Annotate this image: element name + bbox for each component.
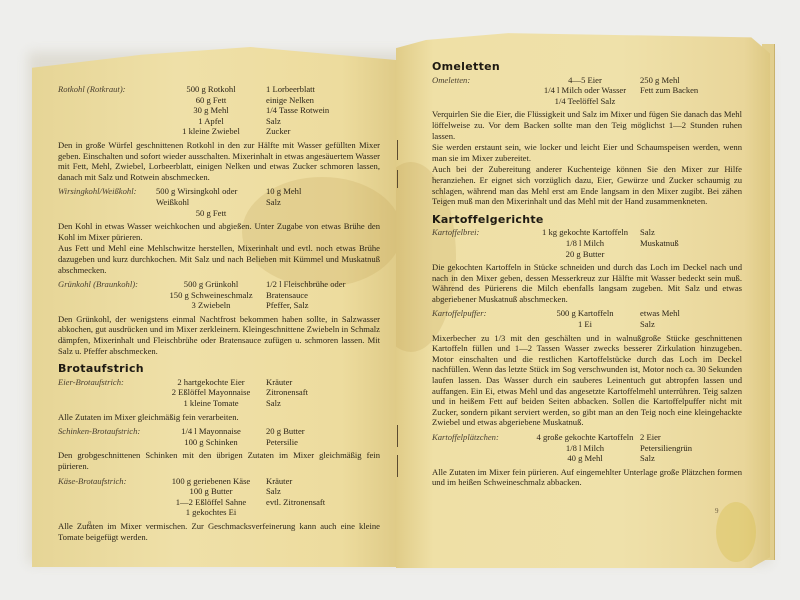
ingredients-column-2: KräuterSalzevtl. Zitronensaft — [266, 476, 380, 518]
instruction-paragraph: Alle Zutaten im Mixer gleichmäßig fein v… — [58, 412, 380, 423]
ingredient-list: Kartoffelplätzchen:4 große gekochte Kart… — [432, 432, 742, 464]
ingredient: Salz — [640, 227, 742, 238]
recipe-name: Eier-Brotaufstrich: — [58, 377, 156, 409]
instruction-paragraph: Aus Fett und Mehl eine Mehlschwitze hers… — [58, 243, 380, 275]
ingredient: Pfeffer, Salz — [266, 300, 380, 311]
ingredients-column-1: 1/4 l Mayonnaise100 g Schinken — [156, 426, 266, 447]
ingredient: 1/4 Teelöffel Salz — [555, 96, 616, 107]
instruction-paragraph: Sie werden erstaunt sein, wie locker und… — [432, 142, 742, 163]
ingredient: 10 g Mehl — [266, 186, 380, 197]
recipe: Grünkohl (Braunkohl):500 g Grünkohl150 g… — [58, 279, 380, 356]
ingredients-column-2: etwas MehlSalz — [640, 308, 742, 329]
ingredient: Fett zum Backen — [640, 85, 742, 96]
ingredient: 40 g Mehl — [567, 453, 602, 464]
ingredient: Salz — [266, 116, 380, 127]
ingredient: 60 g Fett — [196, 95, 227, 106]
ingredient: 100 g geriebenen Käse — [172, 476, 251, 487]
ingredient: Kräuter — [266, 377, 380, 388]
instruction-paragraph: Den Grünkohl, der wenigstens einmal Nach… — [58, 314, 380, 356]
recipe-instructions: Alle Zutaten im Mixer vermischen. Zur Ge… — [58, 521, 380, 542]
ingredient: 100 g Butter — [190, 486, 233, 497]
recipe-name: Omeletten: — [432, 75, 530, 107]
recipe-name: Kartoffelplätzchen: — [432, 432, 530, 464]
ingredient: 1 Lorbeerblatt — [266, 84, 380, 95]
ingredients-column-1: 4 große gekochte Kartoffeln1/8 l Milch40… — [530, 432, 640, 464]
recipe: Rotkohl (Rotkraut):500 g Rotkohl60 g Fet… — [58, 84, 380, 182]
ingredient: 50 g Fett — [196, 208, 227, 219]
ingredient-list: Käse-Brotaufstrich:100 g geriebenen Käse… — [58, 476, 380, 518]
section-heading: Kartoffelgerichte — [432, 215, 742, 226]
ingredients-column-1: 500 g Wirsingkohl oder Weißkohl50 g Fett — [156, 186, 266, 218]
recipe: Käse-Brotaufstrich:100 g geriebenen Käse… — [58, 476, 380, 543]
ingredient: 1—2 Eßlöffel Sahne — [176, 497, 247, 508]
ingredients-column-1: 100 g geriebenen Käse100 g Butter1—2 Eßl… — [156, 476, 266, 518]
recipe: Omeletten:4—5 Eier1/4 l Milch oder Wasse… — [432, 75, 742, 207]
instruction-paragraph: Alle Zutaten im Mixer vermischen. Zur Ge… — [58, 521, 380, 542]
ingredient: 500 g Grünkohl — [184, 279, 238, 290]
ingredient: Bratensauce — [266, 290, 380, 301]
instruction-paragraph: Alle Zutaten im Mixer fein pürieren. Auf… — [432, 467, 742, 488]
ingredients-column-2: 2 EierPetersiliengrünSalz — [640, 432, 742, 464]
ingredient: Kräuter — [266, 476, 380, 487]
ingredient: 2 Eier — [640, 432, 742, 443]
ingredient: 1 gekochtes Ei — [186, 507, 237, 518]
ingredient: 1/4 Tasse Rotwein — [266, 105, 380, 116]
recipe-instructions: Den Kohl in etwas Wasser weichkochen und… — [58, 221, 380, 275]
ingredient-list: Kartoffelpuffer:500 g Kartoffeln1 Eietwa… — [432, 308, 742, 329]
ingredient: Salz — [266, 398, 380, 409]
staple — [397, 455, 398, 477]
recipe: Eier-Brotaufstrich:2 hartgekochte Eier2 … — [58, 377, 380, 422]
recipe-name: Kartoffelpuffer: — [432, 308, 530, 329]
staple — [397, 170, 398, 188]
ingredient: 20 g Butter — [566, 249, 605, 260]
recipe-instructions: Alle Zutaten im Mixer fein pürieren. Auf… — [432, 467, 742, 488]
ingredient: 1 kleine Zwiebel — [182, 126, 240, 137]
instruction-paragraph: Den grobgeschnittenen Schinken mit den ü… — [58, 450, 380, 471]
recipe: Wirsingkohl/Weißkohl:500 g Wirsingkohl o… — [58, 186, 380, 275]
ingredient-list: Rotkohl (Rotkraut):500 g Rotkohl60 g Fet… — [58, 84, 380, 137]
ingredient: 1/4 l Milch oder Wasser — [544, 85, 626, 96]
ingredient: Salz — [640, 453, 742, 464]
ingredient: 1/4 l Mayonnaise — [181, 426, 241, 437]
ingredient: 1/8 l Milch — [566, 443, 604, 454]
ingredient-list: Grünkohl (Braunkohl):500 g Grünkohl150 g… — [58, 279, 380, 311]
ingredient: Zucker — [266, 126, 380, 137]
instruction-paragraph: Mixerbecher zu 1/3 mit den geschälten un… — [432, 333, 742, 428]
ingredients-column-1: 2 hartgekochte Eier2 Eßlöffel Mayonnaise… — [156, 377, 266, 409]
ingredient: Muskatnuß — [640, 238, 742, 249]
ingredients-column-1: 1 kg gekochte Kartoffeln1/8 l Milch20 g … — [530, 227, 640, 259]
right-page-content: OmelettenOmeletten:4—5 Eier1/4 l Milch o… — [432, 62, 742, 492]
recipe-name: Grünkohl (Braunkohl): — [58, 279, 156, 311]
ingredients-column-1: 500 g Kartoffeln1 Ei — [530, 308, 640, 329]
ingredient: 30 g Mehl — [193, 105, 228, 116]
recipe-instructions: Den in große Würfel geschnittenen Rotkoh… — [58, 140, 380, 182]
recipe-instructions: Verquirlen Sie die Eier, die Flüssigkeit… — [432, 109, 742, 206]
ingredient: etwas Mehl — [640, 308, 742, 319]
ingredients-column-2: 10 g MehlSalz — [266, 186, 380, 218]
page-number-right: 9 — [715, 507, 719, 515]
staple — [397, 425, 398, 447]
ingredient: 3 Zwiebeln — [192, 300, 231, 311]
ingredient: evtl. Zitronensaft — [266, 497, 380, 508]
section-heading: Brotaufstrich — [58, 364, 380, 375]
ingredient: 2 hartgekochte Eier — [177, 377, 244, 388]
ingredient: 1 Ei — [578, 319, 592, 330]
staple — [397, 140, 398, 160]
ingredient: 500 g Kartoffeln — [556, 308, 613, 319]
recipe-instructions: Alle Zutaten im Mixer gleichmäßig fein v… — [58, 412, 380, 423]
recipe-instructions: Den Grünkohl, der wenigstens einmal Nach… — [58, 314, 380, 356]
instruction-paragraph: Verquirlen Sie die Eier, die Flüssigkeit… — [432, 109, 742, 141]
ingredient: 500 g Wirsingkohl oder Weißkohl — [156, 186, 266, 207]
ingredient: einige Nelken — [266, 95, 380, 106]
recipe-instructions: Den grobgeschnittenen Schinken mit den ü… — [58, 450, 380, 471]
ingredient-list: Eier-Brotaufstrich:2 hartgekochte Eier2 … — [58, 377, 380, 409]
yellow-stain — [716, 502, 756, 562]
ingredient: 1/2 l Fleischbrühe oder — [266, 279, 380, 290]
ingredient-list: Schinken-Brotaufstrich:1/4 l Mayonnaise1… — [58, 426, 380, 447]
ingredient: 4 große gekochte Kartoffeln — [537, 432, 634, 443]
ingredient: 1 kleine Tomate — [183, 398, 238, 409]
ingredient: 20 g Butter — [266, 426, 380, 437]
ingredients-column-1: 4—5 Eier1/4 l Milch oder Wasser1/4 Teelö… — [530, 75, 640, 107]
ingredient: 250 g Mehl — [640, 75, 742, 86]
ingredient: 1 Apfel — [198, 116, 224, 127]
ingredient: 1 kg gekochte Kartoffeln — [542, 227, 628, 238]
ingredient: 1/8 l Milch — [566, 238, 604, 249]
ingredient: 4—5 Eier — [568, 75, 602, 86]
left-page-content: Rotkohl (Rotkraut):500 g Rotkohl60 g Fet… — [58, 84, 380, 546]
ingredient-list: Omeletten:4—5 Eier1/4 l Milch oder Wasse… — [432, 75, 742, 107]
ingredients-column-2: 1/2 l Fleischbrühe oderBratensaucePfeffe… — [266, 279, 380, 311]
ingredient: Zitronensaft — [266, 387, 380, 398]
recipe-name: Kartoffelbrei: — [432, 227, 530, 259]
ingredient-list: Wirsingkohl/Weißkohl:500 g Wirsingkohl o… — [58, 186, 380, 218]
ingredient: 500 g Rotkohl — [186, 84, 235, 95]
section-heading: Omeletten — [432, 62, 742, 73]
recipe-name: Rotkohl (Rotkraut): — [58, 84, 156, 137]
ingredient: Petersiliengrün — [640, 443, 742, 454]
ingredient-list: Kartoffelbrei:1 kg gekochte Kartoffeln1/… — [432, 227, 742, 259]
ingredients-column-1: 500 g Grünkohl150 g Schweineschmalz3 Zwi… — [156, 279, 266, 311]
ingredients-column-1: 500 g Rotkohl60 g Fett30 g Mehl1 Apfel1 … — [156, 84, 266, 137]
ingredient: 150 g Schweineschmalz — [169, 290, 252, 301]
ingredients-column-2: 250 g MehlFett zum Backen — [640, 75, 742, 107]
ingredient: Salz — [266, 197, 380, 208]
recipe-name: Käse-Brotaufstrich: — [58, 476, 156, 518]
instruction-paragraph: Auch bei der Zubereitung anderer Kuchent… — [432, 164, 742, 206]
recipe-instructions: Mixerbecher zu 1/3 mit den geschälten un… — [432, 333, 742, 428]
ingredient: Petersilie — [266, 437, 380, 448]
recipe-name: Wirsingkohl/Weißkohl: — [58, 186, 156, 218]
recipe: Kartoffelplätzchen:4 große gekochte Kart… — [432, 432, 742, 488]
ingredient: Salz — [266, 486, 380, 497]
recipe: Kartoffelpuffer:500 g Kartoffeln1 Eietwa… — [432, 308, 742, 428]
page-number-left: 8 — [88, 520, 92, 528]
recipe: Schinken-Brotaufstrich:1/4 l Mayonnaise1… — [58, 426, 380, 471]
recipe: Kartoffelbrei:1 kg gekochte Kartoffeln1/… — [432, 227, 742, 304]
ingredient: Salz — [640, 319, 742, 330]
instruction-paragraph: Den in große Würfel geschnittenen Rotkoh… — [58, 140, 380, 182]
ingredients-column-2: 20 g ButterPetersilie — [266, 426, 380, 447]
instruction-paragraph: Die gekochten Kartoffeln in Stücke schne… — [432, 262, 742, 304]
ingredient: 2 Eßlöffel Mayonnaise — [172, 387, 251, 398]
recipe-name: Schinken-Brotaufstrich: — [58, 426, 156, 447]
recipe-instructions: Die gekochten Kartoffeln in Stücke schne… — [432, 262, 742, 304]
ingredients-column-2: KräuterZitronensaftSalz — [266, 377, 380, 409]
instruction-paragraph: Den Kohl in etwas Wasser weichkochen und… — [58, 221, 380, 242]
ingredient: 100 g Schinken — [184, 437, 237, 448]
ingredients-column-2: 1 Lorbeerblatteinige Nelken1/4 Tasse Rot… — [266, 84, 380, 137]
ingredients-column-2: SalzMuskatnuß — [640, 227, 742, 259]
